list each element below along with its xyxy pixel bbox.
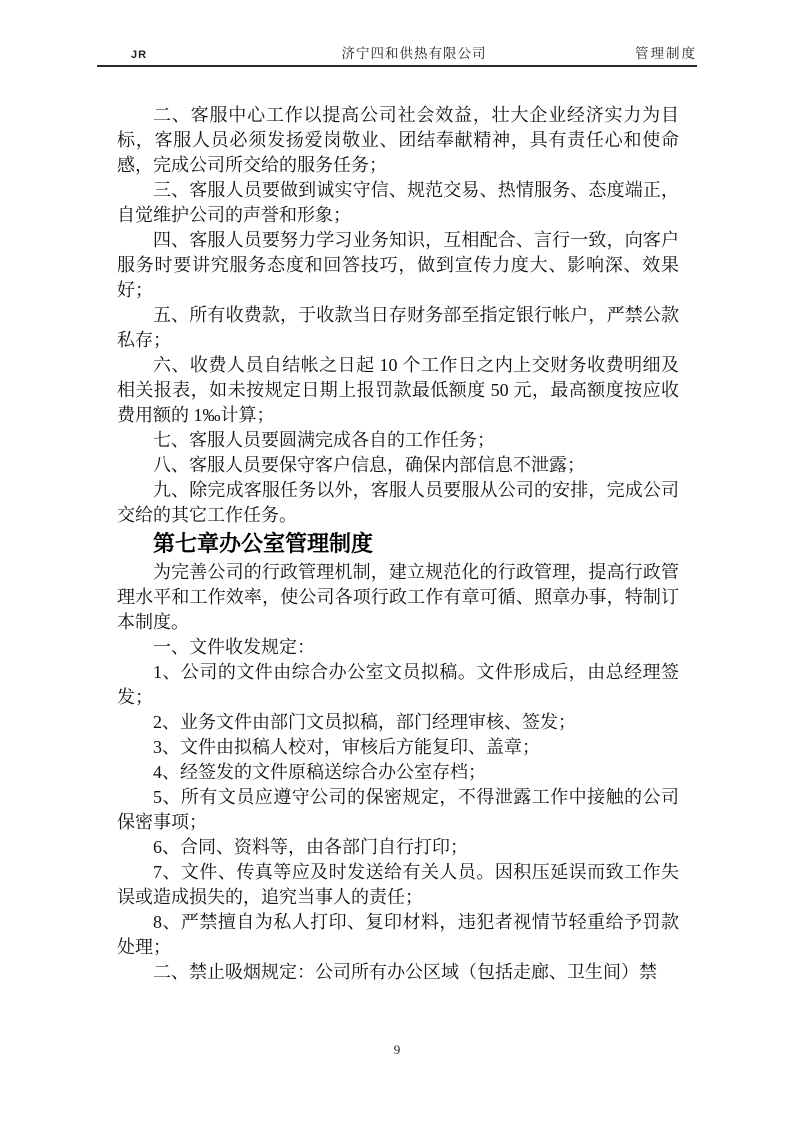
paragraph-rule-1-1: 1、公司的文件由综合办公室文员拟稿。文件形成后，由总经理签发； bbox=[117, 660, 679, 710]
paragraph-rule-1-3: 3、文件由拟稿人校对，审核后方能复印、盖章； bbox=[117, 735, 679, 760]
paragraph-item-9: 九、除完成客服任务以外，客服人员要服从公司的安排，完成公司交给的其它工作任务。 bbox=[117, 478, 679, 528]
chapter-intro-paragraph: 为完善公司的行政管理机制，建立规范化的行政管理，提高行政管理水平和工作效率，使公… bbox=[117, 560, 679, 635]
paragraph-item-3: 三、客服人员要做到诚实守信、规范交易、热情服务、态度端正，自觉维护公司的声誉和形… bbox=[117, 178, 679, 228]
paragraph-item-8: 八、客服人员要保守客户信息，确保内部信息不泄露； bbox=[117, 453, 679, 478]
document-page: JR 济宁四和供热有限公司 管理制度 二、客服中心工作以提高公司社会效益，壮大企… bbox=[0, 0, 794, 1123]
paragraph-rule-1-4: 4、经签发的文件原稿送综合办公室存档； bbox=[117, 760, 679, 785]
paragraph-rule-1: 一、文件收发规定： bbox=[117, 635, 679, 660]
paragraph-rule-1-7: 7、文件、传真等应及时发送给有关人员。因积压延误而致工作失误或造成损失的，追究当… bbox=[117, 860, 679, 910]
paragraph-item-4: 四、客服人员要努力学习业务知识，互相配合、言行一致，向客户服务时要讲究服务态度和… bbox=[117, 228, 679, 303]
paragraph-rule-1-2: 2、业务文件由部门文员拟稿，部门经理审核、签发； bbox=[117, 710, 679, 735]
header-company-name: 济宁四和供热有限公司 bbox=[342, 42, 487, 62]
paragraph-rule-1-6: 6、合同、资料等，由各部门自行打印； bbox=[117, 835, 679, 860]
paragraph-rule-1-5: 5、所有文员应遵守公司的保密规定，不得泄露工作中接触的公司保密事项； bbox=[117, 785, 679, 835]
header-doc-type: 管理制度 bbox=[487, 42, 698, 62]
page-number: 9 bbox=[394, 1042, 401, 1057]
paragraph-rule-2: 二、禁止吸烟规定：公司所有办公区域（包括走廊、卫生间）禁 bbox=[117, 960, 679, 985]
paragraph-rule-1-8: 8、严禁擅自为私人打印、复印材料，违犯者视情节轻重给予罚款处理； bbox=[117, 910, 679, 960]
chapter-heading: 第七章办公室管理制度 bbox=[117, 528, 679, 560]
header-row: JR 济宁四和供热有限公司 管理制度 bbox=[97, 0, 697, 67]
paragraph-item-7: 七、客服人员要圆满完成各自的工作任务； bbox=[117, 428, 679, 453]
header-logo-text: JR bbox=[97, 49, 342, 61]
paragraph-item-5: 五、所有收费款，于收款当日存财务部至指定银行帐户，严禁公款私存； bbox=[117, 303, 679, 353]
document-body: 二、客服中心工作以提高公司社会效益，壮大企业经济实力为目标，客服人员必须发扬爱岗… bbox=[117, 103, 679, 985]
paragraph-item-6: 六、收费人员自结帐之日起 10 个工作日之内上交财务收费明细及相关报表，如未按规… bbox=[117, 353, 679, 428]
paragraph-item-2: 二、客服中心工作以提高公司社会效益，壮大企业经济实力为目标，客服人员必须发扬爱岗… bbox=[117, 103, 679, 178]
page-footer: 9 bbox=[0, 1042, 794, 1058]
page-header: JR 济宁四和供热有限公司 管理制度 bbox=[97, 0, 697, 67]
